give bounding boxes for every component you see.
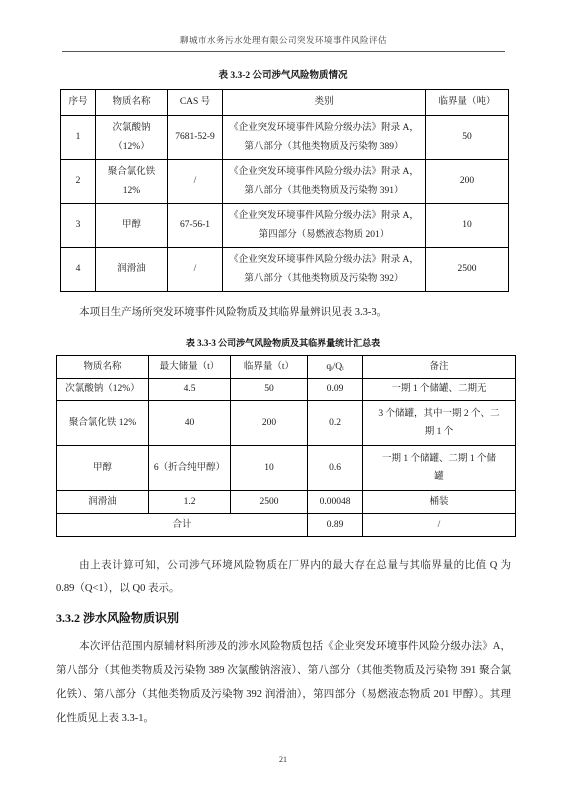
table-row: 3 甲醇 67-56-1 《企业突发环境事件风险分级办法》附录 A， 第四部分（… [61, 204, 509, 248]
paragraph-conclusion: 由上表计算可知，公司涉气环境风险物质在厂界内的最大存在总量与其临界量的比值 Q … [56, 554, 511, 600]
cell-ratio: 0.09 [308, 379, 363, 401]
cell-threshold: 50 [231, 379, 308, 401]
cell-cas: / [168, 160, 223, 204]
cell-threshold: 50 [426, 116, 509, 160]
cell-substance: 润滑油 [57, 491, 149, 514]
col-header-substance: 物质名称 [96, 90, 168, 116]
col-header-max-storage: 最大储量（t） [149, 356, 231, 379]
col-header-ratio: qᵢ/Qᵢ [308, 356, 363, 379]
paragraph-reference: 本项目生产场所突发环境事件风险物质及其临界量辨识见表 3.3-3。 [56, 301, 511, 324]
cell-total-ratio: 0.89 [308, 514, 363, 537]
cell-category: 《企业突发环境事件风险分级办法》附录 A， 第八部分（其他类物质及污染物 391… [223, 160, 426, 204]
table-header-row: 序号 物质名称 CAS 号 类别 临界量（吨） [61, 90, 509, 116]
paragraph-water-risk: 本次评估范围内原辅材料所涉及的涉水风险物质包括《企业突发环境事件风险分级办法》A… [56, 635, 511, 731]
col-header-remark: 备注 [363, 356, 516, 379]
table-row: 2 聚合氯化铁 12% / 《企业突发环境事件风险分级办法》附录 A， 第八部分… [61, 160, 509, 204]
cell-ratio: 0.2 [308, 401, 363, 446]
cell-category: 《企业突发环境事件风险分级办法》附录 A， 第四部分（易燃液态物质 201） [223, 204, 426, 248]
cell-substance: 润滑油 [96, 248, 168, 292]
table-air: 序号 物质名称 CAS 号 类别 临界量（吨） 1 次氯酸钠 （12%） 768… [60, 89, 509, 292]
cell-substance: 甲醇 [57, 446, 149, 491]
cell-substance: 聚合氯化铁 12% [96, 160, 168, 204]
cell-ratio: 0.00048 [308, 491, 363, 514]
table-row: 次氯酸钠（12%） 4.5 50 0.09 一期 1 个储罐、二期无 [57, 379, 516, 401]
col-header-substance: 物质名称 [57, 356, 149, 379]
cell-cas: 7681-52-9 [168, 116, 223, 160]
cell-remark: 3 个储罐，其中一期 2 个、二 期 1 个 [363, 401, 516, 446]
table-row: 1 次氯酸钠 （12%） 7681-52-9 《企业突发环境事件风险分级办法》附… [61, 116, 509, 160]
table-row: 4 润滑油 / 《企业突发环境事件风险分级办法》附录 A， 第八部分（其他类物质… [61, 248, 509, 292]
section-heading: 3.3.2 涉水风险物质识别 [56, 609, 511, 626]
cell-cas: / [168, 248, 223, 292]
table-total-row: 合计 0.89 / [57, 514, 516, 537]
cell-threshold: 10 [231, 446, 308, 491]
cell-no: 1 [61, 116, 96, 160]
cell-threshold: 10 [426, 204, 509, 248]
cell-max-storage: 1.2 [149, 491, 231, 514]
col-header-cas: CAS 号 [168, 90, 223, 116]
cell-substance: 次氯酸钠（12%） [57, 379, 149, 401]
cell-substance: 聚合氯化铁 12% [57, 401, 149, 446]
cell-remark: 一期 1 个储罐、二期无 [363, 379, 516, 401]
cell-total-remark: / [363, 514, 516, 537]
table-header-row: 物质名称 最大储量（t） 临界量（t） qᵢ/Qᵢ 备注 [57, 356, 516, 379]
table-row: 润滑油 1.2 2500 0.00048 桶装 [57, 491, 516, 514]
cell-max-storage: 40 [149, 401, 231, 446]
cell-category: 《企业突发环境事件风险分级办法》附录 A， 第八部分（其他类物质及污染物 392… [223, 248, 426, 292]
col-header-no: 序号 [61, 90, 96, 116]
cell-max-storage: 6（折合纯甲醇） [149, 446, 231, 491]
col-header-category: 类别 [223, 90, 426, 116]
table-summary-title: 表 3.3-3 公司涉气风险物质及其临界量统计汇总表 [0, 336, 566, 349]
cell-category: 《企业突发环境事件风险分级办法》附录 A， 第八部分（其他类物质及污染物 389… [223, 116, 426, 160]
cell-max-storage: 4.5 [149, 379, 231, 401]
cell-threshold: 2500 [231, 491, 308, 514]
cell-remark: 一期 1 个储罐、二期 1 个储 罐 [363, 446, 516, 491]
cell-no: 2 [61, 160, 96, 204]
cell-no: 4 [61, 248, 96, 292]
cell-ratio: 0.6 [308, 446, 363, 491]
table-row: 甲醇 6（折合纯甲醇） 10 0.6 一期 1 个储罐、二期 1 个储 罐 [57, 446, 516, 491]
cell-cas: 67-56-1 [168, 204, 223, 248]
cell-threshold: 200 [231, 401, 308, 446]
cell-threshold: 2500 [426, 248, 509, 292]
cell-threshold: 200 [426, 160, 509, 204]
cell-substance: 次氯酸钠 （12%） [96, 116, 168, 160]
cell-remark: 桶装 [363, 491, 516, 514]
table-air-title: 表 3.3-2 公司涉气风险物质情况 [0, 67, 566, 81]
running-header: 聊城市水务污水处理有限公司突发环境事件风险评估 [62, 34, 505, 52]
col-header-threshold: 临界量（吨） [426, 90, 509, 116]
document-page: 聊城市水务污水处理有限公司突发环境事件风险评估 表 3.3-2 公司涉气风险物质… [0, 0, 566, 800]
cell-no: 3 [61, 204, 96, 248]
page-number: 21 [0, 755, 566, 764]
cell-total-label: 合计 [57, 514, 308, 537]
table-row: 聚合氯化铁 12% 40 200 0.2 3 个储罐，其中一期 2 个、二 期 … [57, 401, 516, 446]
col-header-threshold: 临界量（t） [231, 356, 308, 379]
cell-substance: 甲醇 [96, 204, 168, 248]
table-summary: 物质名称 最大储量（t） 临界量（t） qᵢ/Qᵢ 备注 次氯酸钠（12%） 4… [56, 355, 516, 537]
